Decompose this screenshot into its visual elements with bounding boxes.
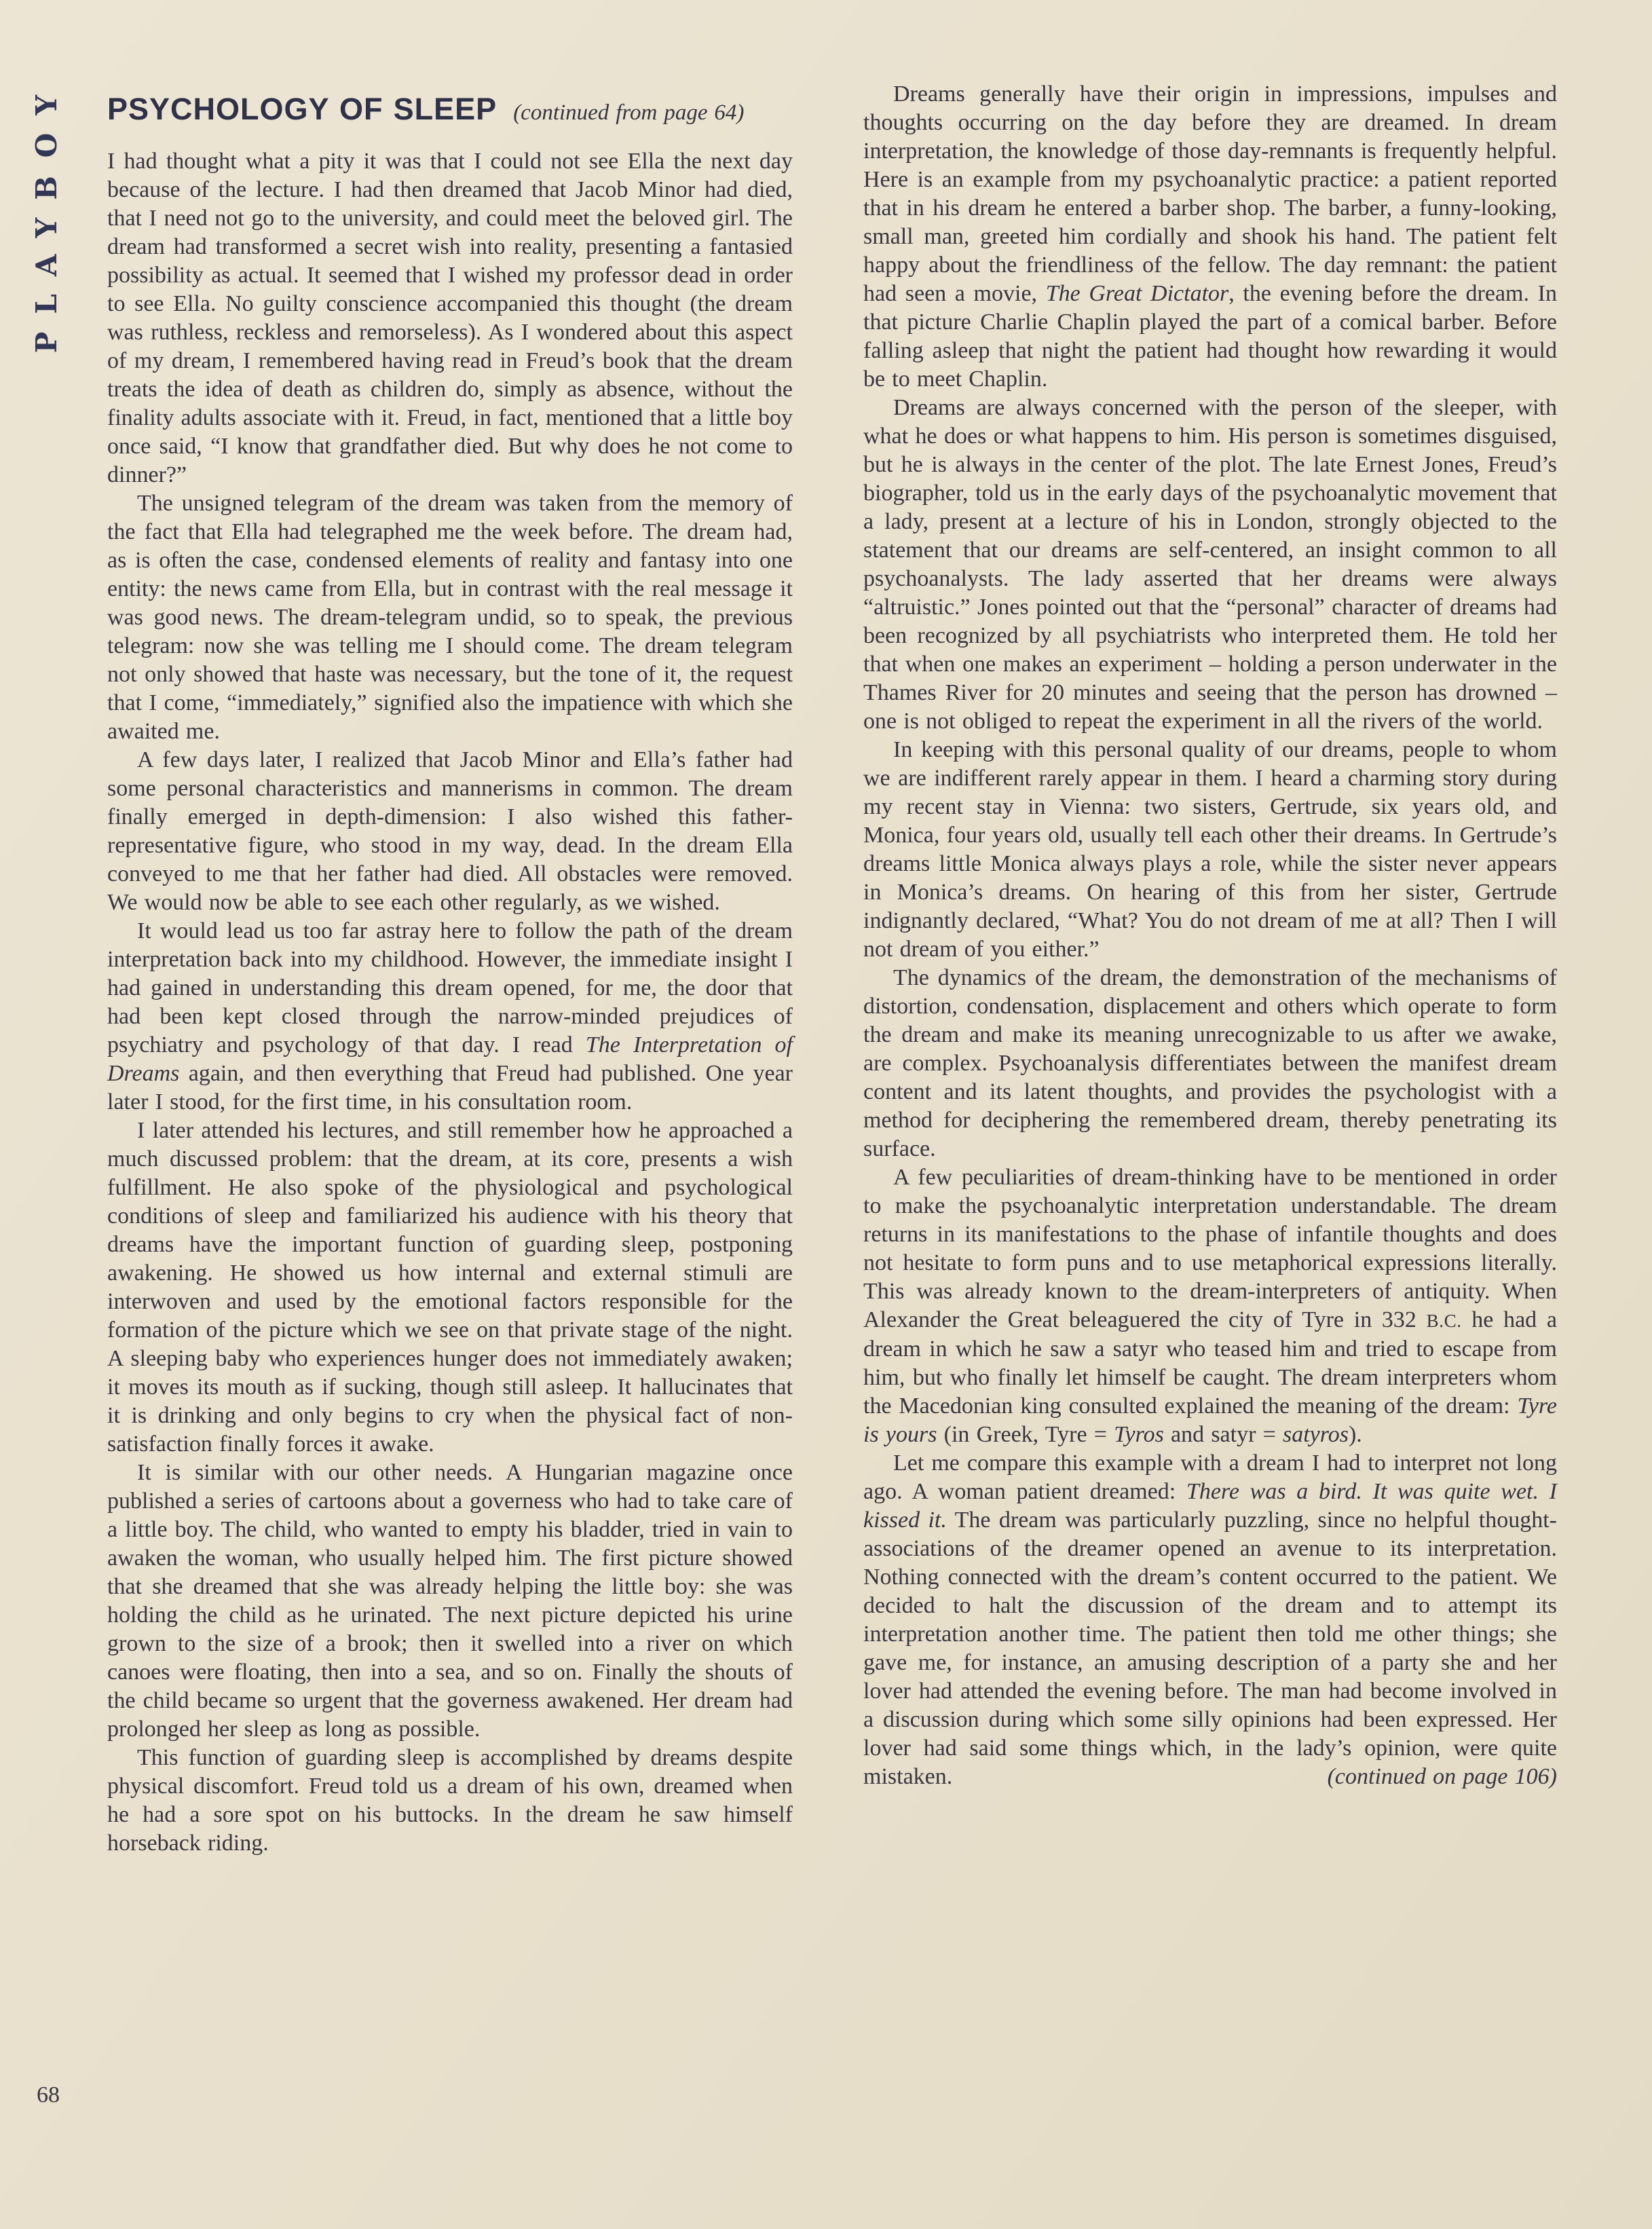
paragraph: Let me compare this example with a dream… [863, 1449, 1557, 1791]
page-number: 68 [37, 2082, 60, 2108]
text-run: In keeping with this personal quality of… [863, 737, 1557, 962]
text-run: Dreams are always concerned with the per… [863, 395, 1557, 734]
text-run: ). [1349, 1422, 1362, 1447]
paragraph: I had thought what a pity it was that I … [107, 147, 793, 489]
text-run: Dreams generally have their origin in im… [863, 81, 1557, 306]
spine-magazine-name: PLAYBOY [14, 64, 79, 383]
paragraph: A few peculiarities of dream-thinking ha… [863, 1163, 1557, 1449]
spine-text: PLAYBOY [30, 77, 63, 371]
left-column: PSYCHOLOGY OF SLEEP(continued from page … [107, 95, 793, 1858]
paragraph: This function of guarding sleep is accom… [107, 1744, 793, 1858]
paragraph: It is similar with our other needs. A Hu… [107, 1459, 793, 1744]
continued-from-note: (continued from page 64) [513, 100, 744, 125]
paragraph: I later attended his lectures, and still… [107, 1117, 793, 1459]
text-run: The dream was particularly puzzling, sin… [863, 1507, 1557, 1789]
italic-text-run: The Great Dictator [1046, 281, 1229, 306]
text-run: The unsigned telegram of the dream was t… [107, 491, 793, 744]
text-run: and satyr = [1164, 1422, 1283, 1447]
italic-text-run: (continued on page 106) [1284, 1763, 1557, 1791]
paragraph: A few days later, I realized that Jacob … [107, 746, 793, 917]
text-run: A few days later, I realized that Jacob … [107, 747, 793, 915]
italic-text-run: satyros [1283, 1422, 1349, 1447]
right-column: Dreams generally have their origin in im… [863, 80, 1557, 1791]
article-header: PSYCHOLOGY OF SLEEP(continued from page … [107, 95, 793, 127]
text-run: It is similar with our other needs. A Hu… [107, 1460, 793, 1742]
text-run: This function of guarding sleep is accom… [107, 1745, 793, 1856]
paragraph: The unsigned telegram of the dream was t… [107, 489, 793, 746]
left-column-text: I had thought what a pity it was that I … [107, 147, 793, 1858]
magazine-page: PLAYBOY PSYCHOLOGY OF SLEEP(continued fr… [0, 0, 1652, 2229]
italic-text-run: Tyros [1114, 1422, 1164, 1447]
page-title: PSYCHOLOGY OF SLEEP [107, 92, 497, 126]
text-run: A few peculiarities of dream-thinking ha… [863, 1165, 1557, 1332]
text-run: B.C. [1427, 1311, 1462, 1331]
text-run: (in Greek, Tyre = [937, 1422, 1114, 1447]
paragraph: The dynamics of the dream, the demonstra… [863, 964, 1557, 1163]
paragraph: Dreams generally have their origin in im… [863, 80, 1557, 394]
paragraph: In keeping with this personal quality of… [863, 736, 1557, 964]
text-run: I later attended his lectures, and still… [107, 1118, 793, 1457]
text-run: I had thought what a pity it was that I … [107, 149, 793, 487]
paragraph: Dreams are always concerned with the per… [863, 394, 1557, 736]
text-run: again, and then everything that Freud ha… [107, 1061, 793, 1114]
right-column-text: Dreams generally have their origin in im… [863, 80, 1557, 1791]
paragraph: It would lead us too far astray here to … [107, 917, 793, 1117]
text-run: The dynamics of the dream, the demonstra… [863, 965, 1557, 1161]
